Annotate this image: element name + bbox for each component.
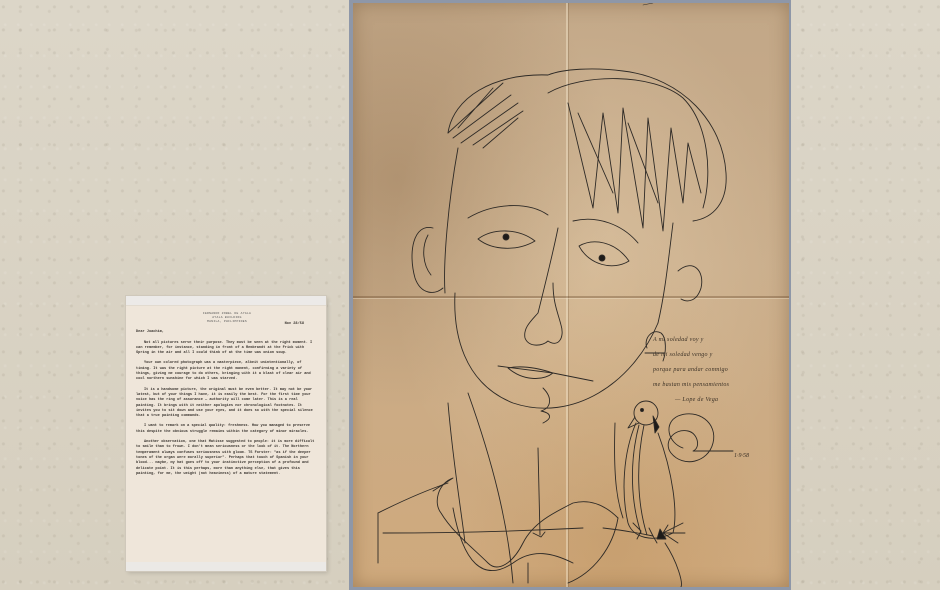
- letter-body: FERNANDO ZOBEL DE AYALA AYALA BUILDING M…: [126, 306, 326, 562]
- letter-salutation: Dear Joachim,: [136, 330, 318, 335]
- letter-top-margin: [126, 296, 326, 306]
- inscription-line: de mi soledad vengo y: [653, 348, 773, 363]
- letter-paragraph: Another observation, one that Matisse su…: [136, 440, 318, 477]
- inscription-line: me bastan mis pensamientos: [653, 378, 773, 393]
- letter-bottom-margin: [126, 562, 326, 571]
- inscription-line: porque para andar conmigo: [653, 363, 773, 378]
- ink-line-drawing: [353, 3, 789, 587]
- inscription-line: A mi soledad voy y: [653, 333, 773, 348]
- drawing-date: 1·9·58: [734, 453, 749, 459]
- letter-paragraph: I want to remark on a special quality: f…: [136, 424, 318, 435]
- typed-letter: FERNANDO ZOBEL DE AYALA AYALA BUILDING M…: [126, 296, 326, 571]
- inscription-attribution: — Lope de Vega: [653, 393, 773, 408]
- handwritten-inscription: A mi soledad voy y de mi soledad vengo y…: [653, 333, 773, 408]
- letter-paragraph: Your own colored photograph was a master…: [136, 361, 318, 382]
- portrait-drawing: A mi soledad voy y de mi soledad vengo y…: [353, 3, 789, 587]
- letter-paragraph: Not all pictures serve their purpose. Th…: [136, 341, 318, 357]
- letter-paragraph: It is a handsome picture, the original m…: [136, 388, 318, 420]
